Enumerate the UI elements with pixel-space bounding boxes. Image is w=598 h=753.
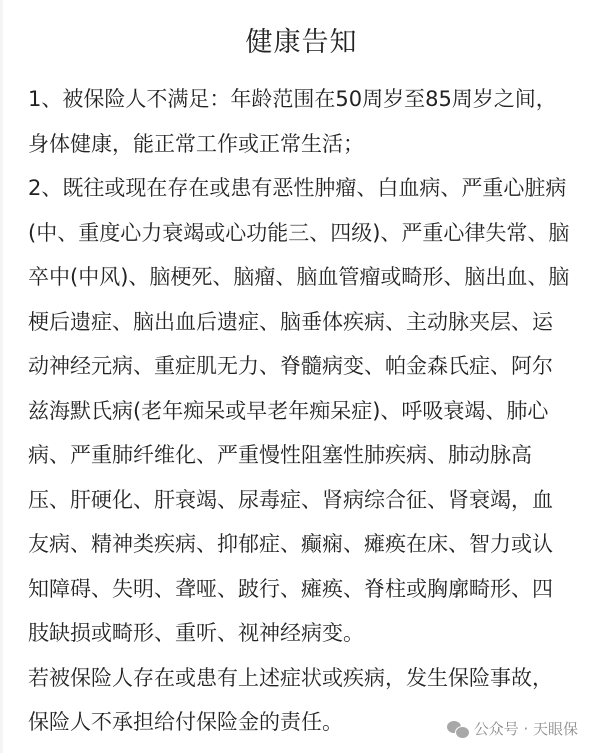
document-body: 1、被保险人不满足：年龄范围在50周岁至85周岁之间，身体健康，能正常工作或正常… <box>28 77 573 745</box>
left-border <box>0 0 3 753</box>
paragraph-age-condition: 1、被保险人不满足：年龄范围在50周岁至85周岁之间，身体健康，能正常工作或正常… <box>28 77 573 166</box>
page-title: 健康告知 <box>30 25 573 61</box>
paragraph-disease-list: 2、既往或现在存在或患有恶性肿瘤、白血病、严重心脏病(中、重度心力衰竭或心功能三… <box>28 166 573 656</box>
wechat-icon <box>447 720 469 738</box>
watermark: 公众号 · 天眼保 <box>447 718 578 739</box>
document-page: 健康告知 1、被保险人不满足：年龄范围在50周岁至85周岁之间，身体健康，能正常… <box>28 0 573 745</box>
watermark-text: 公众号 · 天眼保 <box>474 718 578 739</box>
